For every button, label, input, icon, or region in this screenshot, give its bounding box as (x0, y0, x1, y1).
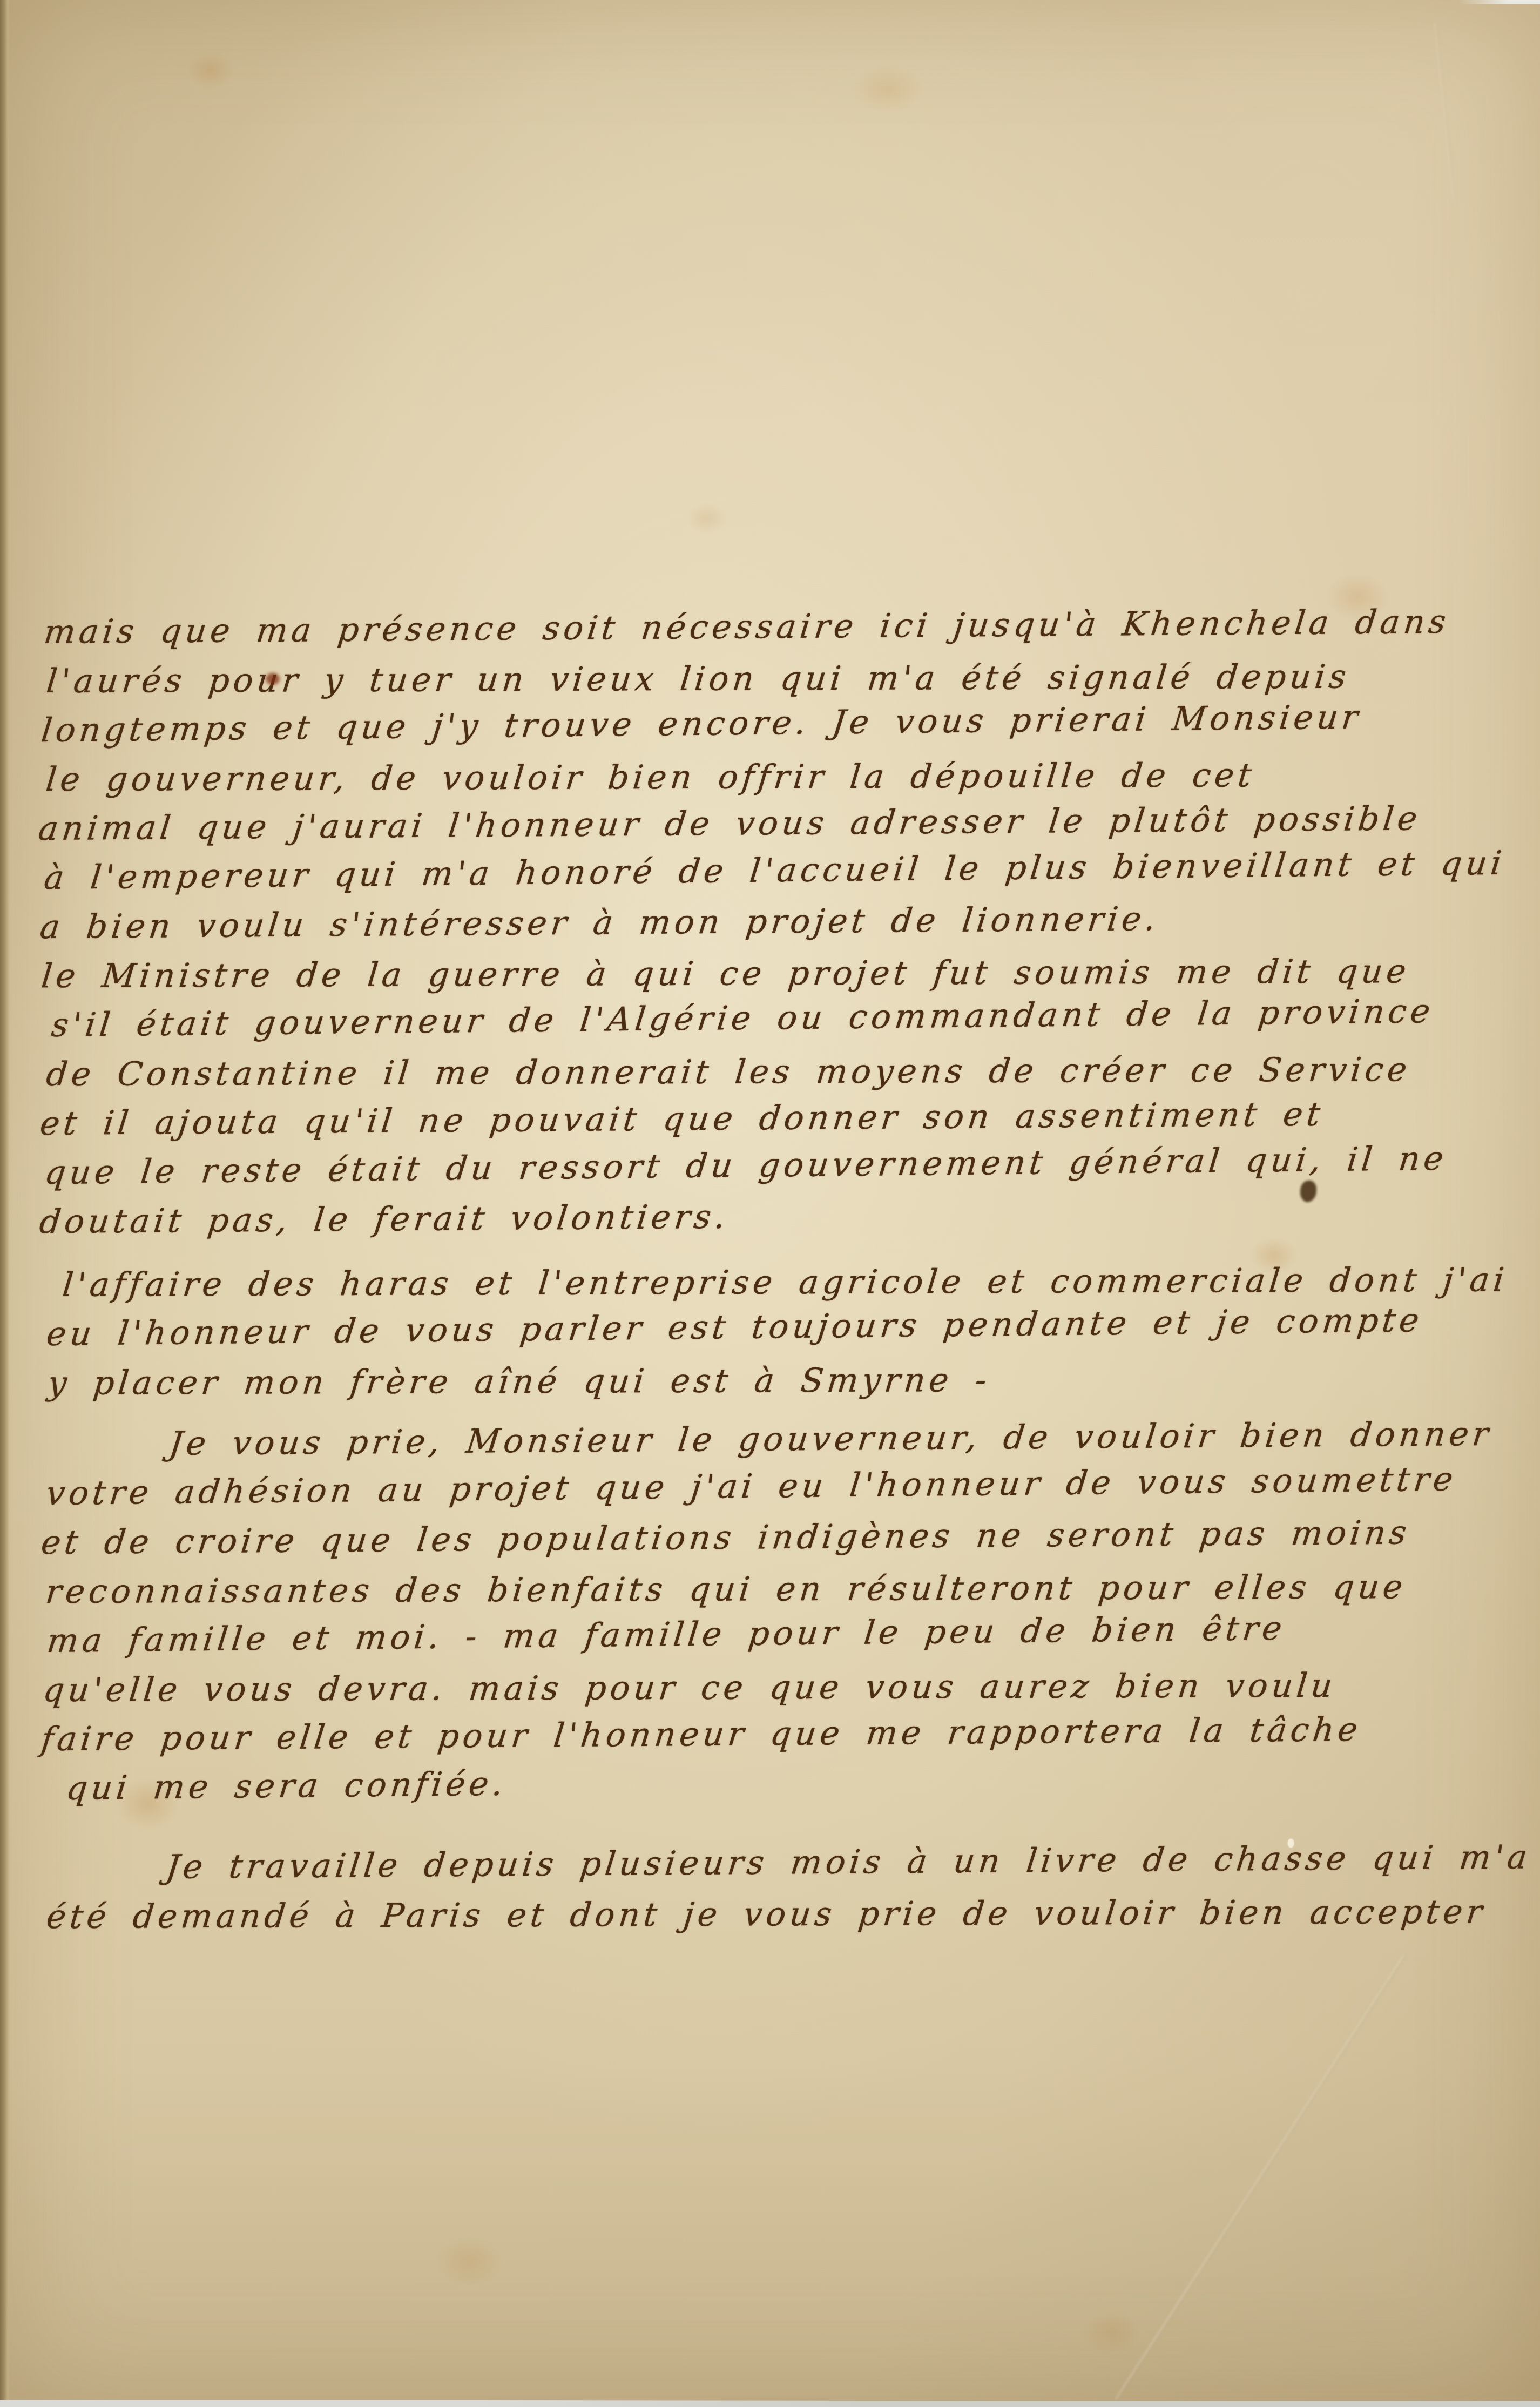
letter-text: mais que ma présence soit nécessaire ici… (44, 600, 1509, 1941)
foxing-spot (1082, 2311, 1142, 2355)
paper-hole (1288, 1839, 1294, 1848)
ink-fleck (266, 673, 280, 685)
letter-line: été demandé à Paris et dont je vous prie… (44, 1887, 1511, 1941)
page-left-edge (0, 0, 10, 2407)
photo-background: { "document": { "kind": "Handwritten let… (0, 0, 1540, 2407)
foxing-spot (186, 51, 234, 89)
letter-line: doutait pas, le ferait volontiers. (37, 1186, 1508, 1246)
letter-line: Je travaille depuis plusieurs mois à un … (164, 1833, 1512, 1892)
letter-line: a bien voulu s'intéresser à mon projet d… (37, 892, 1507, 952)
letter-line: y placer mon frère aîné qui est à Smyrne… (45, 1354, 1508, 1408)
letter-line: et de croire que les populations indigèn… (38, 1507, 1510, 1567)
paper-crease (1435, 22, 1455, 200)
foxing-spot (434, 2236, 504, 2287)
backing-surface-bottom (0, 2400, 864, 2407)
backing-surface-top-right (1459, 0, 1540, 4)
paper-crease (1115, 1955, 1406, 2401)
foxing-spot (850, 65, 926, 113)
letter-line: mais que ma présence soit nécessaire ici… (42, 597, 1505, 657)
foxing-spot (685, 502, 728, 535)
